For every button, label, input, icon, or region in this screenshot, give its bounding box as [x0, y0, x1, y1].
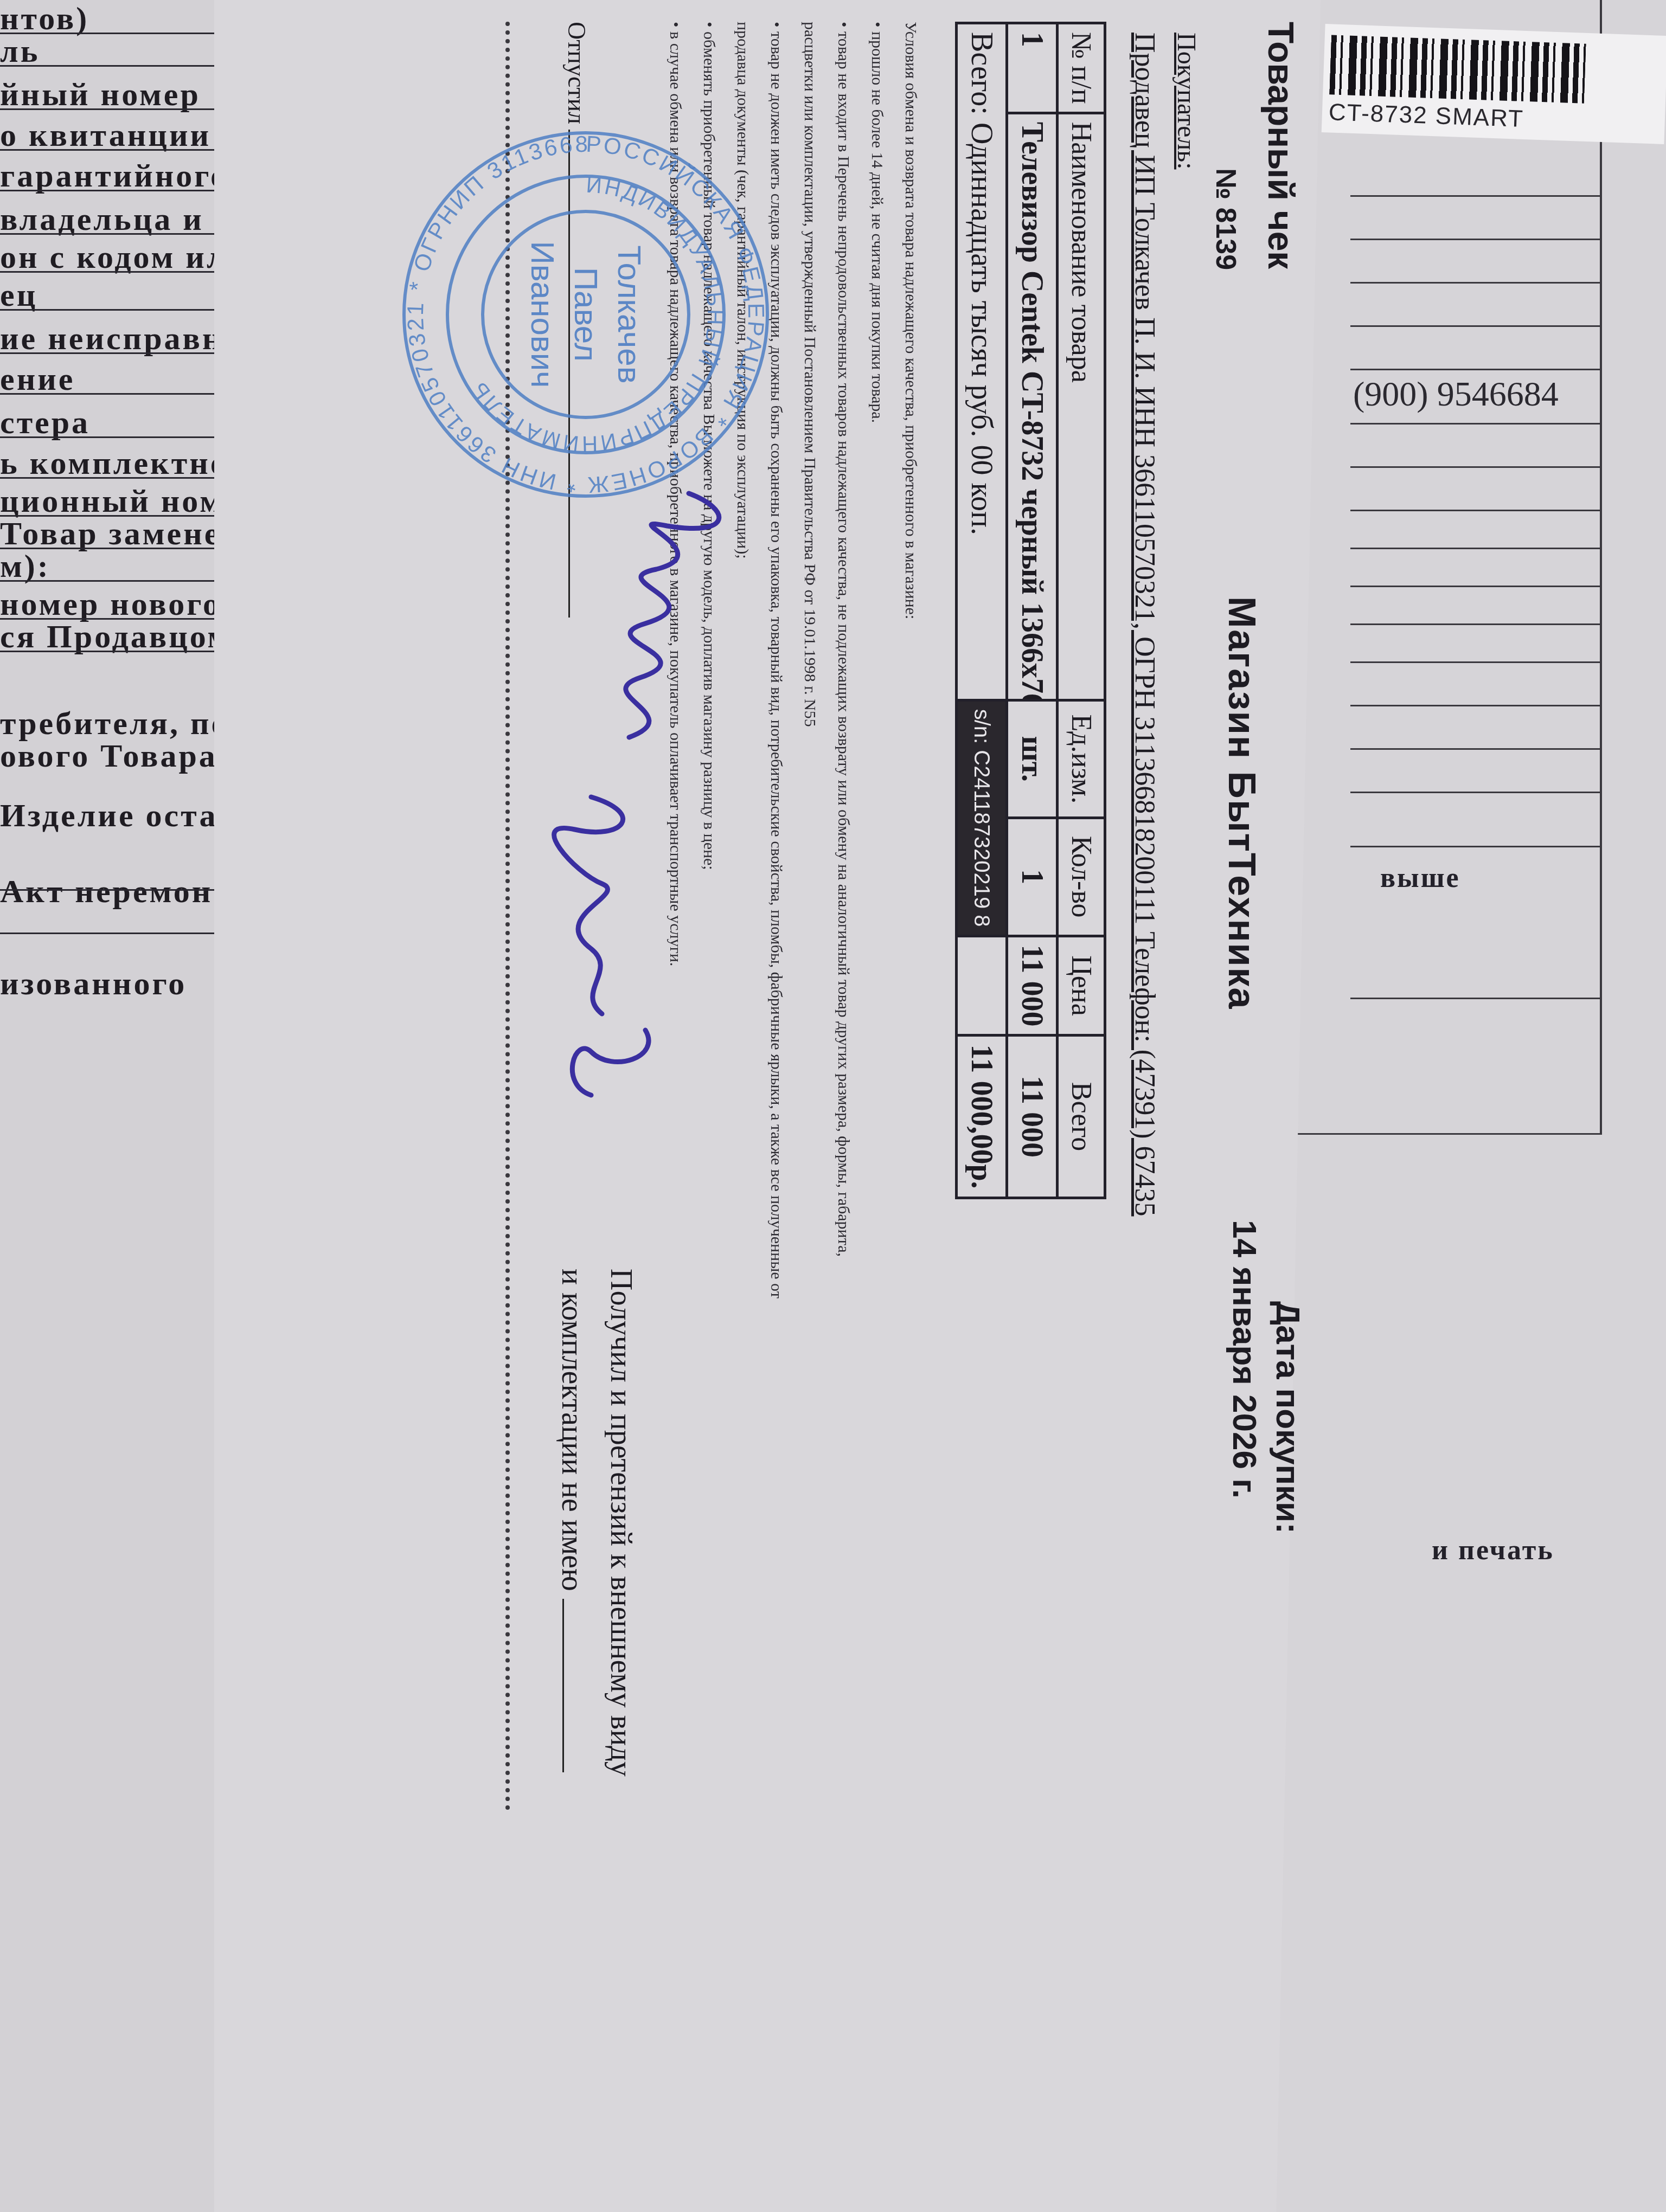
form-rule: [1350, 369, 1600, 370]
left-form-text: м):: [0, 548, 50, 585]
form-rule: [1350, 282, 1600, 284]
seller-info: Продавец ИП Толкачев П. И. ИНН 366110570…: [1129, 33, 1161, 1217]
form-rule: [1350, 661, 1600, 663]
form-rule: [1350, 748, 1600, 750]
col-unit: Ед.изм.: [1058, 700, 1105, 818]
col-qty: Кол-во: [1058, 818, 1105, 936]
form-rule: [1350, 705, 1600, 706]
form-rule: [1350, 623, 1600, 625]
terms-item: расцветки или комплектации, утвержденный…: [793, 22, 826, 1323]
form-rule: [1350, 586, 1600, 587]
seal-stamp-icon: РОССИЙСКАЯ ФЕДЕРАЦИЯ * ВОРОНЕЖ * ИНН 366…: [396, 125, 776, 504]
form-rule: [1350, 998, 1600, 999]
barcode-sticker: CT-8732 SMART: [1322, 24, 1666, 144]
left-form-text: йный номер: [0, 76, 201, 113]
col-name: Наименование товара: [1058, 113, 1105, 700]
received-statement: Получил и претензий к внешнему виду и ко…: [548, 1269, 645, 1777]
row-qty: 1: [1007, 818, 1058, 936]
row-unit: шт.: [1007, 700, 1058, 818]
purchase-date-label: Дата покупки:: [1268, 1301, 1307, 1534]
row-number: 1: [1007, 23, 1058, 113]
total-in-words: Всего: Одиннадцать тысяч руб. 00 коп.: [957, 23, 1007, 700]
table-total-row: Всего: Одиннадцать тысяч руб. 00 коп. s/…: [957, 23, 1007, 1198]
signature-icon: [472, 461, 754, 1111]
sales-receipt: Товарный чек № 8139 Магазин БытТехника Д…: [239, 0, 1323, 2212]
receipt-number: № 8139: [1209, 168, 1242, 270]
text-fragment-above: выше: [1380, 862, 1460, 894]
buyer-label: Покупатель:: [1171, 33, 1201, 170]
left-form-text: о квитанции: [0, 117, 211, 154]
left-form-text: требителя, под: [0, 705, 247, 742]
released-label: Отпустил: [563, 22, 591, 124]
terms-item: • товар не входит в Перечень непродоволь…: [826, 22, 860, 1323]
left-form-text: Изделие оста: [0, 797, 217, 834]
form-rule: [1350, 548, 1600, 549]
form-rule: [1350, 423, 1600, 425]
left-form-text: Акт неремон: [0, 873, 213, 910]
grand-total: 11 000,00р.: [957, 1036, 1007, 1198]
left-form-text: стера: [0, 404, 90, 441]
received-line-1: Получил и претензий к внешнему виду: [597, 1269, 645, 1777]
left-form-text: нтов): [0, 0, 89, 37]
left-form-text: ового Товара:: [0, 737, 230, 775]
items-table: № п/п Наименование товара Ед.изм. Кол-во…: [955, 22, 1106, 1199]
store-name: Магазин БытТехника: [1220, 596, 1264, 1009]
form-rule: [1350, 792, 1600, 793]
form-rule: [1350, 510, 1600, 511]
form-rule: [1350, 846, 1600, 847]
phone-fragment: (900) 9546684: [1353, 374, 1559, 414]
left-form-text: ение: [0, 361, 75, 398]
row-total: 11 000: [1007, 1036, 1058, 1198]
form-rule: [1350, 239, 1600, 240]
col-price: Цена: [1058, 936, 1105, 1036]
barcode-icon: [1329, 35, 1586, 103]
col-total: Всего: [1058, 1036, 1105, 1198]
terms-item: • прошло не более 14 дней, не считая дня…: [860, 22, 894, 1323]
received-line-2: и комплектации не имею: [548, 1269, 597, 1777]
svg-text:ТолкачевПавелИванович: ТолкачевПавелИванович: [524, 241, 648, 388]
receipt-title: Товарный чек: [1260, 22, 1302, 269]
left-form-text: Товар заменен: [0, 515, 242, 552]
col-number: № п/п: [1058, 23, 1105, 113]
left-form-text: изованного: [0, 965, 187, 1002]
text-fragment-stamp: и печать: [1432, 1534, 1554, 1566]
form-rule: [1350, 195, 1600, 197]
barcode-text: CT-8732 SMART: [1328, 99, 1524, 133]
left-form-text: ль: [0, 33, 40, 70]
terms-heading: Условия обмена и возврата товара надлежа…: [894, 22, 927, 1323]
form-frame: [1291, 0, 1602, 1135]
row-name: Телевизор Centek CT-8732 черный 1366x768…: [1007, 113, 1058, 700]
serial-number: s/n: C241187320219 8: [957, 700, 1007, 936]
table-row: 1 Телевизор Centek CT-8732 черный 1366x7…: [1007, 23, 1058, 1198]
table-header-row: № п/п Наименование товара Ед.изм. Кол-во…: [1058, 23, 1105, 1198]
row-price: 11 000: [1007, 936, 1058, 1036]
form-rule: [1350, 466, 1600, 468]
form-rule: [1350, 325, 1600, 327]
left-form-text: ец: [0, 276, 37, 314]
left-form-text: ся Продавцом): [0, 618, 245, 655]
purchase-date: 14 января 2026 г.: [1225, 1220, 1264, 1499]
